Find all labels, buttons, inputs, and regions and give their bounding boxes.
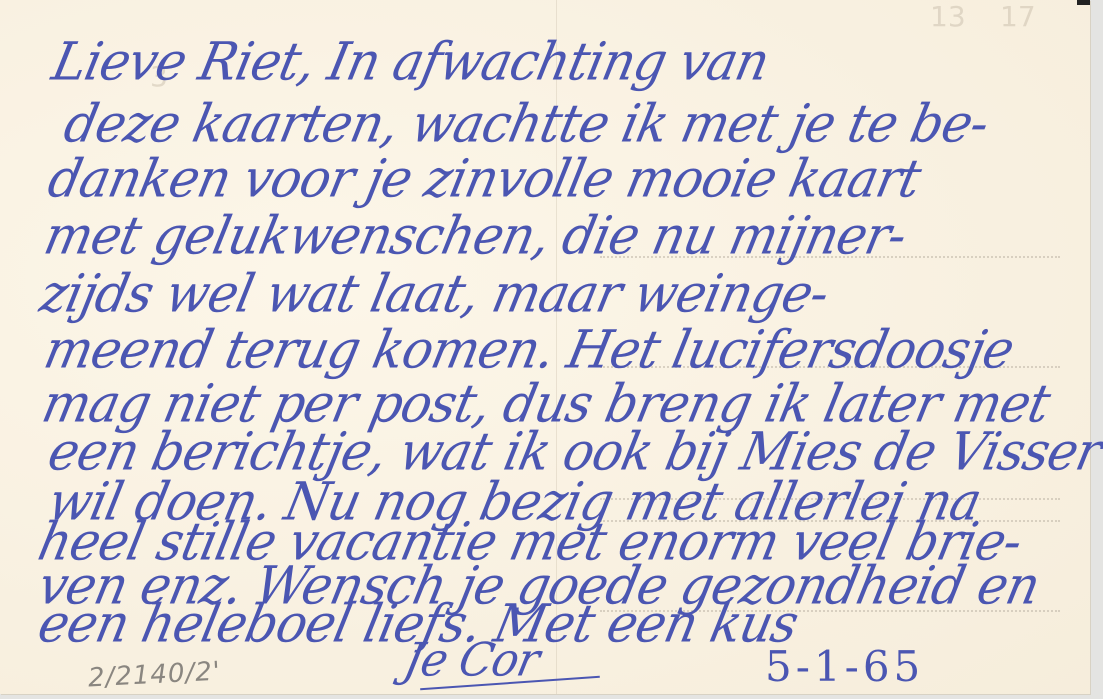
date: 5-1-65 xyxy=(765,646,924,688)
message-line: Lieve Riet, In afwachting van xyxy=(48,36,773,88)
message-line: deze kaarten, wachtte ik met je te be- xyxy=(60,98,993,151)
message-line: danken voor je zinvolle mooie kaart xyxy=(44,153,925,206)
message-line: een berichtje, wat ik ook bij Mies de Vi… xyxy=(44,426,1103,479)
message-line: zijds wel wat laat, maar weinge- xyxy=(36,268,833,321)
postcard: 3 13 17 Lieve Riet, In afwachting van de… xyxy=(0,0,1090,694)
handwritten-message: Lieve Riet, In afwachting van deze kaart… xyxy=(0,0,1090,694)
message-line: meend terug komen. Het lucifersdoosje xyxy=(40,324,1018,377)
signature: Je Cor xyxy=(400,638,543,684)
message-line: met gelukwenschen, die nu mijner- xyxy=(40,210,911,263)
